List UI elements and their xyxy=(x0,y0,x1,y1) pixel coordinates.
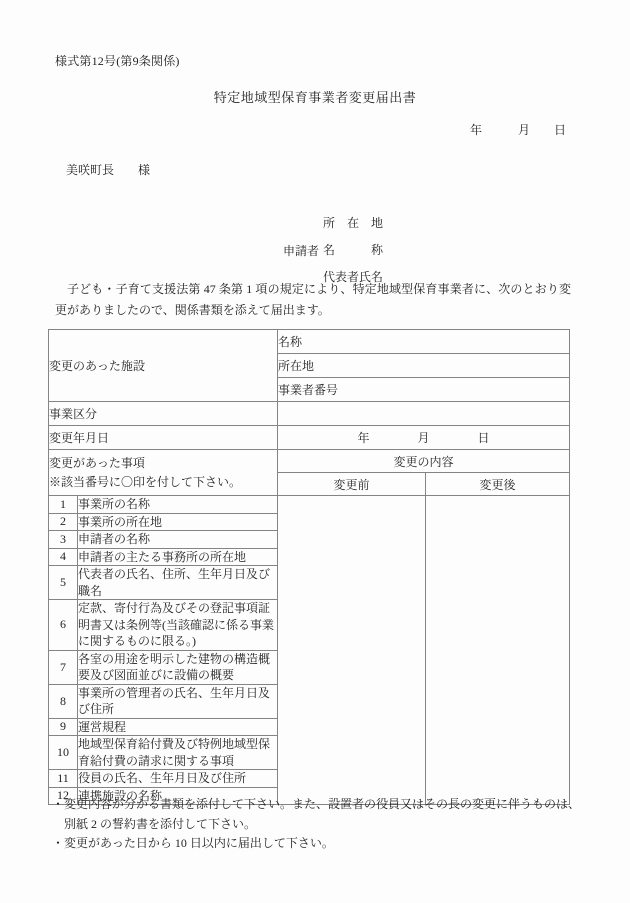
item-label: 地域型保育給付費及び特例地域型保育給付費の請求に関する事項 xyxy=(78,736,278,770)
change-before-column xyxy=(278,496,426,805)
note-attachments: ・変更内容が分かる書類を添付して下さい。また、設置者の役員又はその長の変更に伴う… xyxy=(52,795,580,834)
provider-number-cell: 事業者番号 xyxy=(278,378,570,402)
form-number: 様式第12号(第9条関係) xyxy=(55,52,180,69)
business-category-row: 事業区分 xyxy=(49,402,570,426)
item-label: 各室の用途を明示した建物の構造概要及び図面並びに設備の概要 xyxy=(78,650,278,684)
item-number: 5 xyxy=(49,566,78,600)
before-header: 変更前 xyxy=(278,473,426,496)
item-label: 役員の氏名、生年月日及び住所 xyxy=(78,770,278,788)
document-page: 様式第12号(第9条関係) 特定地域型保育事業者変更届出書 年 月 日 美咲町長… xyxy=(0,0,630,903)
facility-section-label: 変更のあった施設 xyxy=(49,330,278,402)
facility-name-cell: 名称 xyxy=(278,330,570,354)
item-label: 運営規程 xyxy=(78,718,278,736)
change-content-header: 変更の内容 xyxy=(278,450,570,473)
body-paragraph: 子ども・子育て支援法第 47 条第 1 項の規定により、特定地域型保育事業者に、… xyxy=(55,279,571,321)
item-label: 代表者の氏名、住所、生年月日及び職名 xyxy=(78,566,278,600)
item-row-1: 1 事業所の名称 xyxy=(49,496,570,514)
date-line: 年 月 日 xyxy=(470,121,566,138)
item-number: 11 xyxy=(49,770,78,788)
change-date-value-cell: 年 月 日 xyxy=(278,426,570,450)
changed-items-label: 変更があった事項 xyxy=(49,454,277,473)
item-label: 申請者の名称 xyxy=(78,531,278,549)
after-header: 変更後 xyxy=(426,473,570,496)
change-date-row: 変更年月日 年 月 日 xyxy=(49,426,570,450)
applicant-name-label: 名 称 xyxy=(323,237,383,264)
item-number: 2 xyxy=(49,513,78,531)
changed-items-note: ※該当番号に〇印を付して下さい。 xyxy=(49,473,277,492)
business-category-value-cell xyxy=(278,402,570,426)
item-number: 7 xyxy=(49,650,78,684)
change-date-label: 変更年月日 xyxy=(49,426,278,450)
item-label: 定款、寄付行為及びその登記事項証明書又は条例等(当該確認に係る事業に関するものに… xyxy=(78,600,278,651)
footer-notes: ・変更内容が分かる書類を添付して下さい。また、設置者の役員又はその長の変更に伴う… xyxy=(52,795,580,854)
business-category-label: 事業区分 xyxy=(49,402,278,426)
note-deadline: ・変更があった日から 10 日以内に届出して下さい。 xyxy=(52,834,580,854)
item-number: 6 xyxy=(49,600,78,651)
item-number: 8 xyxy=(49,684,78,718)
applicant-address-label: 所 在 地 xyxy=(323,210,383,237)
item-number: 1 xyxy=(49,496,78,514)
item-label: 事業所の名称 xyxy=(78,496,278,514)
change-content-header-row: 変更があった事項 ※該当番号に〇印を付して下さい。 変更の内容 xyxy=(49,450,570,473)
applicant-label: 申請者 xyxy=(283,242,323,259)
item-number: 3 xyxy=(49,531,78,549)
changed-items-header-cell: 変更があった事項 ※該当番号に〇印を付して下さい。 xyxy=(49,450,278,496)
item-number: 10 xyxy=(49,736,78,770)
change-after-column xyxy=(426,496,570,805)
item-number: 4 xyxy=(49,548,78,566)
item-label: 申請者の主たる事務所の所在地 xyxy=(78,548,278,566)
facility-name-row: 変更のあった施設 名称 xyxy=(49,330,570,354)
facility-address-cell: 所在地 xyxy=(278,354,570,378)
item-number: 9 xyxy=(49,718,78,736)
item-label: 事業所の管理者の氏名、生年月日及び住所 xyxy=(78,684,278,718)
page-title: 特定地域型保育事業者変更届出書 xyxy=(0,87,630,106)
addressee: 美咲町長 様 xyxy=(66,161,150,178)
item-label: 事業所の所在地 xyxy=(78,513,278,531)
change-form-table: 変更のあった施設 名称 所在地 事業者番号 事業区分 変更年月日 年 月 日 変… xyxy=(48,329,570,805)
